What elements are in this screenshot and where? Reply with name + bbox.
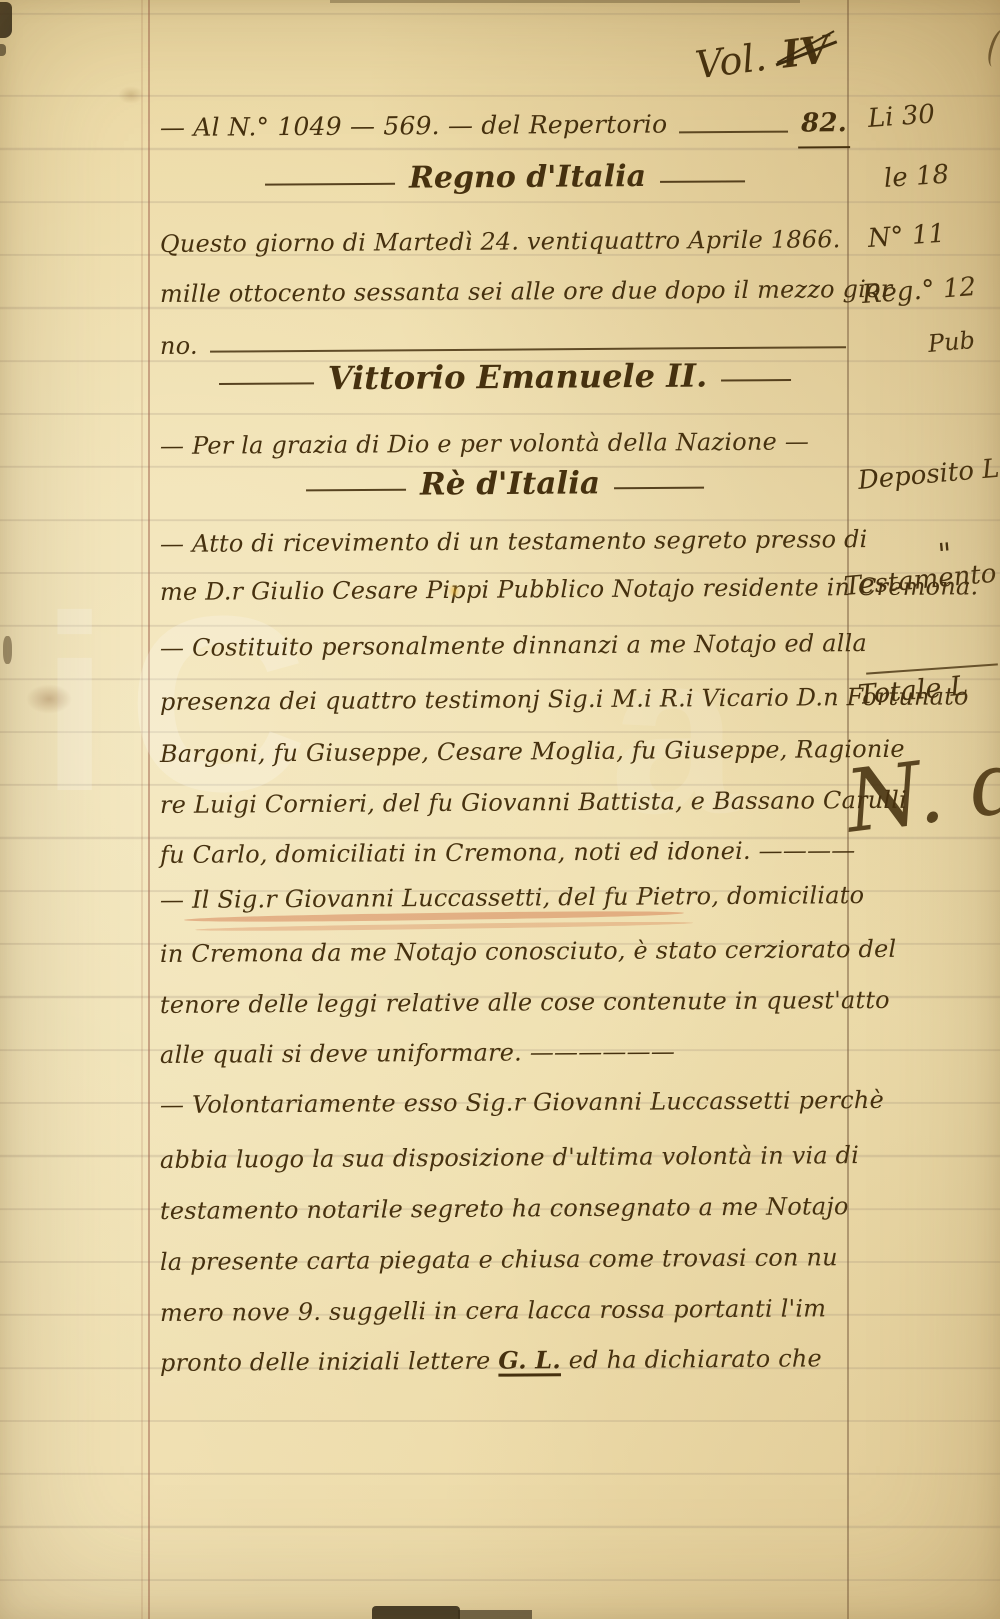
margin-note-deposito: Deposito L — [857, 454, 1000, 496]
manuscript-line: Questo giorno di Martedì 24. ventiquattr… — [160, 217, 850, 266]
line-text: ed ha dichiarato che — [561, 1344, 822, 1374]
manuscript-line: la presente carta piegata e chiusa come … — [160, 1235, 850, 1284]
heading-rule — [265, 182, 395, 185]
manuscript-line: re Luigi Cornieri, del fu Giovanni Batti… — [160, 778, 850, 827]
manuscript-line-initials: pronto delle iniziali lettere G. L. ed h… — [160, 1336, 850, 1385]
manuscript-line: abbia luogo la sua disposizione d'ultima… — [160, 1133, 850, 1182]
scan-artifact-corner — [0, 2, 12, 38]
heading-rule — [306, 489, 406, 492]
heading-text: Vittorio Emanuele II. — [314, 356, 722, 397]
repertorio-text: — Al N.° 1049 — 569. — del Repertorio — [160, 102, 668, 150]
manuscript-page: iC a Vol. IV — Al N.° 1049 — 569. — del … — [0, 0, 1000, 1619]
manuscript-line: me D.r Giulio Cesare Pippi Pubblico Nota… — [160, 565, 850, 614]
manuscript-line: presenza dei quattro testimonj Sig.i M.i… — [160, 675, 850, 724]
manuscript-line: mille ottocento sessanta sei alle ore du… — [160, 267, 850, 316]
manuscript-line: fu Carlo, domiciliati in Cremona, noti e… — [160, 828, 850, 877]
margin-note-fee: Li 30 — [867, 99, 936, 134]
left-margin-rule — [148, 0, 150, 1619]
volume-number-struck: IV — [775, 26, 835, 77]
testator-initials: G. L. — [498, 1345, 561, 1374]
heading-rule — [614, 487, 704, 490]
manuscript-line: — Per la grazia di Dio e per volontà del… — [160, 419, 850, 468]
heading-rule — [721, 379, 791, 381]
volume-header: Vol. IV — [693, 26, 836, 88]
manuscript-line: in Cremona da me Notajo conosciuto, è st… — [160, 927, 850, 976]
manuscript-line: tenore delle leggi relative alle cose co… — [160, 978, 850, 1027]
heading-rule — [219, 382, 314, 385]
left-margin-rule-faint — [141, 0, 143, 1619]
heading-vittorio-emanuele: Vittorio Emanuele II. — [160, 356, 850, 399]
notary-flourish: N. d — [841, 731, 1000, 852]
scan-artifact-bottom — [372, 1606, 460, 1619]
margin-note-number: N° 11 — [867, 219, 946, 254]
manuscript-line: mero nove 9. suggelli in cera lacca ross… — [160, 1286, 850, 1335]
scan-artifact-corner — [0, 44, 6, 56]
margin-note-registro: Reg.° 12 — [861, 272, 977, 310]
scan-artifact-top-edge — [330, 0, 800, 3]
heading-regno-ditalia: Regno d'Italia — [160, 158, 850, 198]
heading-re-ditalia: Rè d'Italia — [160, 464, 850, 505]
repertorio-line: — Al N.° 1049 — 569. — del Repertorio 82… — [160, 101, 850, 153]
repertorio-amount: 82. — [798, 101, 850, 148]
rule-filler — [679, 130, 788, 133]
manuscript-line: — Volontariamente esso Sig.r Giovanni Lu… — [160, 1078, 850, 1127]
scan-artifact-bottom — [458, 1610, 532, 1619]
heading-text: Rè d'Italia — [406, 465, 614, 502]
manuscript-line: alle quali si deve uniformare. —————— — [160, 1028, 850, 1077]
heading-rule — [660, 180, 745, 183]
manuscript-line: testamento notarile segreto ha consegnat… — [160, 1184, 850, 1233]
paper-stain — [26, 684, 72, 714]
manuscript-line: Bargoni, fu Giuseppe, Cesare Moglia, fu … — [160, 727, 850, 776]
clipped-stroke — [984, 26, 1000, 69]
volume-word: Vol. — [693, 35, 769, 87]
manuscript-line: — Costituito personalmente dinnanzi a me… — [160, 621, 850, 670]
margin-note-fee: le 18 — [883, 159, 950, 193]
margin-note-pub: Pub — [927, 326, 976, 358]
heading-text: Regno d'Italia — [395, 159, 660, 196]
scan-artifact-edge — [3, 636, 12, 664]
line-text: pronto delle iniziali lettere — [160, 1347, 498, 1377]
manuscript-line: — Atto di ricevimento di un testamento s… — [160, 517, 850, 566]
rule-filler — [210, 346, 846, 352]
